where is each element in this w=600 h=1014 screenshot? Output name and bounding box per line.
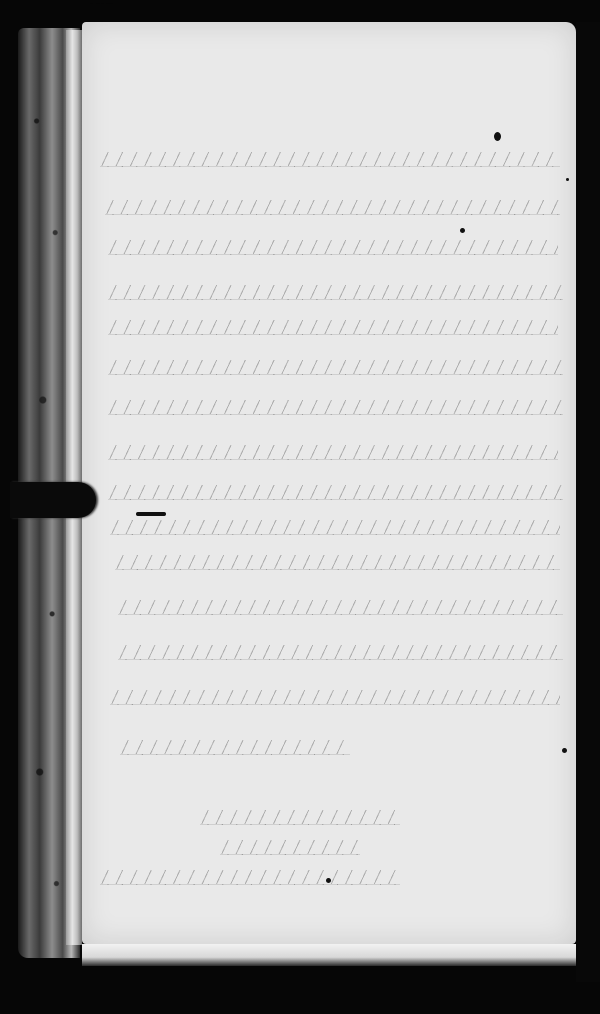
handwritten-line: [120, 740, 350, 755]
handwritten-line: [108, 400, 563, 415]
transcription-note: Handwritten cursive text is too faint to…: [90, 4, 113, 5]
ink-blot: [326, 878, 331, 883]
handwritten-line: [118, 600, 563, 615]
handwritten-line: [110, 520, 560, 535]
handwritten-line: [105, 200, 560, 215]
handwritten-line: [100, 870, 400, 885]
page-bottom-edge: [82, 944, 576, 966]
handwritten-line: [108, 485, 563, 500]
ink-blot: [460, 228, 465, 233]
handwritten-line: [220, 840, 360, 855]
right-border: [576, 22, 600, 982]
handwritten-line: [108, 240, 558, 255]
handwritten-line: [200, 810, 400, 825]
ink-smear: [136, 512, 166, 516]
handwritten-line: [100, 152, 560, 167]
handwritten-line: [108, 360, 563, 375]
ink-blot: [494, 132, 501, 141]
handwritten-line: [108, 285, 563, 300]
handwritten-line: [118, 645, 563, 660]
handwritten-line: [115, 555, 560, 570]
handwritten-line: [108, 320, 558, 335]
book-clasp: [10, 482, 96, 518]
ink-speck: [562, 748, 567, 753]
ink-speck: [566, 178, 569, 181]
handwritten-line: [108, 445, 558, 460]
handwritten-line: [110, 690, 560, 705]
